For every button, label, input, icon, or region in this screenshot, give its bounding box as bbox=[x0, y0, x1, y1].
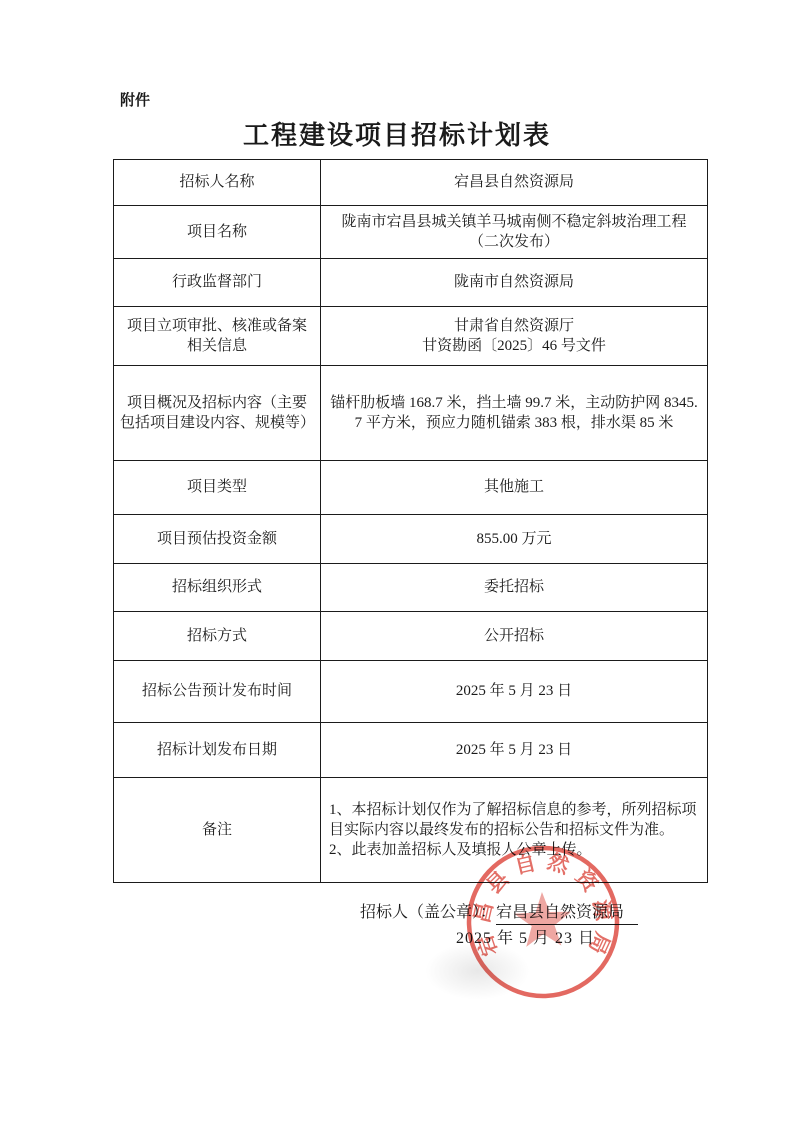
row-label-plan-release-date: 招标计划发布日期 bbox=[114, 723, 321, 778]
approval-line-1: 甘肃省自然资源厅 bbox=[327, 316, 701, 336]
row-value-project-type: 其他施工 bbox=[321, 461, 708, 515]
table-row: 招标人名称 宕昌县自然资源局 bbox=[114, 160, 708, 206]
row-label-approval-info: 项目立项审批、核准或备案相关信息 bbox=[114, 307, 321, 366]
row-value-approval-info: 甘肃省自然资源厅 甘资勘函〔2025〕46 号文件 bbox=[321, 307, 708, 366]
table-row: 项目预估投资金额 855.00 万元 bbox=[114, 515, 708, 564]
signature-line: 招标人（盖公章）：宕昌县自然资源局 bbox=[360, 902, 670, 925]
approval-line-2: 甘资勘函〔2025〕46 号文件 bbox=[327, 336, 701, 356]
row-label-bidder-name: 招标人名称 bbox=[114, 160, 321, 206]
row-label-remarks: 备注 bbox=[114, 778, 321, 883]
signature-prefix: 招标人（盖公章）： bbox=[360, 904, 496, 921]
row-value-announcement-date: 2025 年 5 月 23 日 bbox=[321, 661, 708, 723]
document-page: 附件 工程建设项目招标计划表 招标人名称 宕昌县自然资源局 项目名称 陇南市宕昌… bbox=[0, 0, 792, 1121]
table-row: 项目名称 陇南市宕昌县城关镇羊马城南侧不稳定斜坡治理工程（二次发布） bbox=[114, 206, 708, 259]
row-value-estimated-investment: 855.00 万元 bbox=[321, 515, 708, 564]
table-row: 项目类型 其他施工 bbox=[114, 461, 708, 515]
row-label-bidding-method: 招标方式 bbox=[114, 612, 321, 661]
table-row: 项目立项审批、核准或备案相关信息 甘肃省自然资源厅 甘资勘函〔2025〕46 号… bbox=[114, 307, 708, 366]
attachment-label: 附件 bbox=[120, 89, 150, 110]
row-label-project-overview: 项目概况及招标内容（主要包括项目建设内容、规模等） bbox=[114, 366, 321, 461]
row-value-bidder-name: 宕昌县自然资源局 bbox=[321, 160, 708, 206]
row-label-project-type: 项目类型 bbox=[114, 461, 321, 515]
row-label-estimated-investment: 项目预估投资金额 bbox=[114, 515, 321, 564]
table-row: 项目概况及招标内容（主要包括项目建设内容、规模等） 锚杆肋板墙 168.7 米，… bbox=[114, 366, 708, 461]
page-title: 工程建设项目招标计划表 bbox=[113, 115, 681, 152]
row-label-supervisory-dept: 行政监督部门 bbox=[114, 259, 321, 307]
table-row: 招标计划发布日期 2025 年 5 月 23 日 bbox=[114, 723, 708, 778]
table-row: 招标方式 公开招标 bbox=[114, 612, 708, 661]
remarks-note-1: 1、本招标计划仅作为了解招标信息的参考，所列招标项目实际内容以最终发布的招标公告… bbox=[329, 800, 699, 841]
signature-date: 2025 年 5 月 23 日 bbox=[360, 928, 670, 950]
row-value-bidding-method: 公开招标 bbox=[321, 612, 708, 661]
row-value-project-name: 陇南市宕昌县城关镇羊马城南侧不稳定斜坡治理工程（二次发布） bbox=[321, 206, 708, 259]
row-value-project-overview: 锚杆肋板墙 168.7 米，挡土墙 99.7 米，主动防护网 8345.7 平方… bbox=[321, 366, 708, 461]
signature-block: 招标人（盖公章）：宕昌县自然资源局 2025 年 5 月 23 日 bbox=[360, 902, 670, 951]
row-label-announcement-date: 招标公告预计发布时间 bbox=[114, 661, 321, 723]
bidding-plan-table: 招标人名称 宕昌县自然资源局 项目名称 陇南市宕昌县城关镇羊马城南侧不稳定斜坡治… bbox=[113, 159, 708, 883]
row-value-supervisory-dept: 陇南市自然资源局 bbox=[321, 259, 708, 307]
signature-bidder-name: 宕昌县自然资源局 bbox=[496, 902, 638, 925]
table-row: 招标组织形式 委托招标 bbox=[114, 564, 708, 612]
row-label-project-name: 项目名称 bbox=[114, 206, 321, 259]
row-value-remarks: 1、本招标计划仅作为了解招标信息的参考，所列招标项目实际内容以最终发布的招标公告… bbox=[321, 778, 708, 883]
row-value-plan-release-date: 2025 年 5 月 23 日 bbox=[321, 723, 708, 778]
row-value-organization-form: 委托招标 bbox=[321, 564, 708, 612]
remarks-note-2: 2、此表加盖招标人及填报人公章上传。 bbox=[329, 840, 699, 860]
row-label-organization-form: 招标组织形式 bbox=[114, 564, 321, 612]
table-row: 行政监督部门 陇南市自然资源局 bbox=[114, 259, 708, 307]
table-row: 备注 1、本招标计划仅作为了解招标信息的参考，所列招标项目实际内容以最终发布的招… bbox=[114, 778, 708, 883]
table-row: 招标公告预计发布时间 2025 年 5 月 23 日 bbox=[114, 661, 708, 723]
